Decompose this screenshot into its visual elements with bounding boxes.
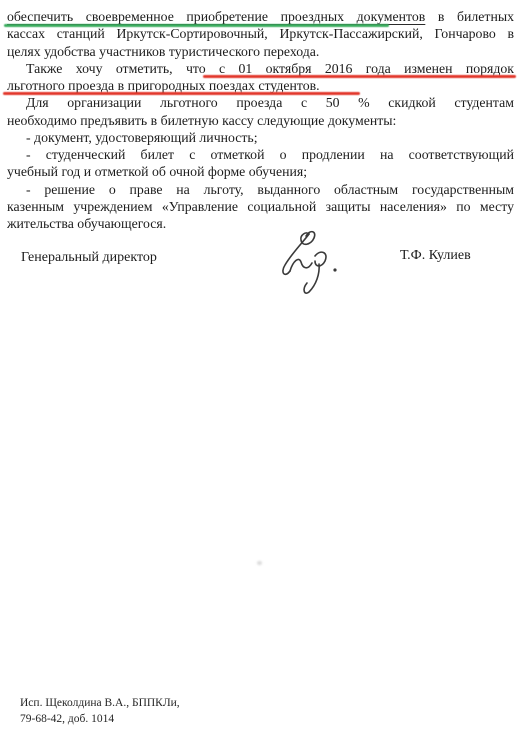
text-line: Для организации льготного проезда с 50 %… [7,94,514,111]
text-segment: - документ, удостоверяющий личность; [26,130,258,145]
text-line: - решение о праве на льготу, выданного о… [7,181,514,198]
underlined-text: с 01 октября 2016 года изменен порядок [219,61,514,76]
text-segment: Также хочу отметить, что [26,61,219,76]
text-line: казенным учреждением «Управление социаль… [7,198,514,215]
signer-name: Т.Ф. Кулиев [400,248,471,264]
text-segment: целях удобства участников туристического… [7,44,319,59]
text-segment: - студенческий билет с отметкой о продле… [26,147,514,162]
signer-title: Генеральный директор [21,250,157,266]
text-line: жительства обучающегося. [7,215,514,232]
text-segment: необходимо предъявить в билетную кассу с… [7,113,396,128]
scan-artifact [257,561,262,565]
underlined-text: обеспечить своевременное приобретение пр… [7,9,425,24]
text-segment: Для организации льготного проезда с 50 %… [26,95,514,110]
text-segment: . [316,78,319,93]
text-line: кассах станций Иркутск-Сортировочный, Ир… [7,25,514,42]
executor-line: Исп. Щеколдина В.А., БППКЛи, [20,696,180,712]
signature-strokes [283,232,337,294]
text-segment: жительства обучающегося. [7,216,166,231]
scanned-letter-page: обеспечить своевременное приобретение пр… [0,0,521,752]
text-segment: учебный год и отметкой об очной форме об… [7,164,307,179]
text-segment: казенным учреждением «Управление социаль… [7,199,514,214]
executor-footer: Исп. Щеколдина В.А., БППКЛи, 79-68-42, д… [20,696,180,727]
handwritten-signature [262,226,342,296]
green-marker-underline [4,24,389,27]
text-line: учебный год и отметкой об очной форме об… [7,163,514,180]
red-marker-underline-1 [203,75,516,78]
text-line: обеспечить своевременное приобретение пр… [7,8,514,25]
underlined-text: льготного проезда в пригородных поездах … [7,78,316,93]
text-line: - документ, удостоверяющий личность; [7,129,514,146]
text-segment: кассах станций Иркутск-Сортировочный, Ир… [7,26,514,41]
red-marker-underline-2 [3,92,360,95]
text-segment: - решение о праве на льготу, выданного о… [26,182,514,197]
text-segment: в билетных [425,9,514,24]
text-line: целях удобства участников туристического… [7,43,514,60]
text-line: необходимо предъявить в билетную кассу с… [7,112,514,129]
document-body: обеспечить своевременное приобретение пр… [7,3,514,232]
executor-phone: 79-68-42, доб. 1014 [20,712,180,728]
text-line: - студенческий билет с отметкой о продле… [7,146,514,163]
